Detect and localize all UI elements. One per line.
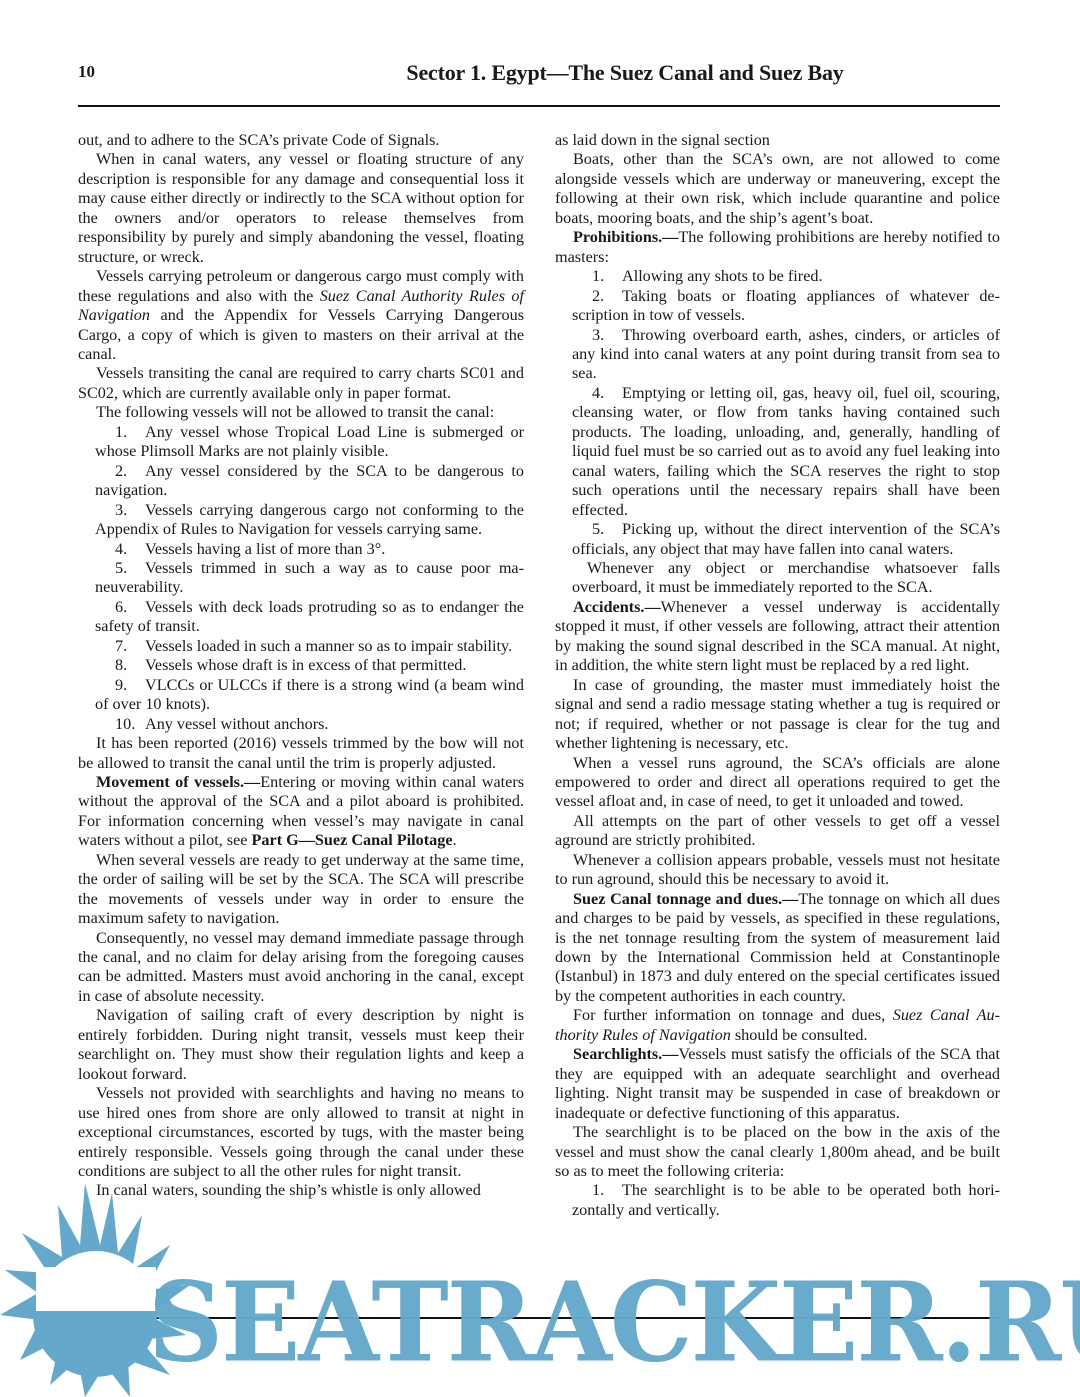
list-item: 4.Emptying or letting oil, gas, heavy oi…	[555, 384, 1000, 520]
list-item: 5.Vessels trimmed in such a way as to ca…	[78, 559, 524, 598]
paragraph: In case of grounding, the master must im…	[555, 676, 1000, 754]
section-heading: Searchlights.—	[573, 1045, 678, 1063]
section-heading: Accidents.—	[573, 598, 661, 616]
list-item: 7.Vessels loaded in such a manner so as …	[78, 637, 524, 656]
text-run: For further information on tonnage and d…	[573, 1006, 893, 1024]
text-run: should be consulted.	[731, 1026, 868, 1044]
list-item: 1.Allowing any shots to be fired.	[555, 267, 1000, 286]
cross-reference: Part G—Suez Ca­nal Pilotage	[252, 831, 453, 849]
section-heading: Prohibitions.—	[573, 228, 678, 246]
list-item: 2.Taking boats or floating appliances of…	[555, 287, 1000, 326]
paragraph: Consequently, no vessel may demand immed…	[78, 929, 524, 1007]
page-number: 10	[78, 62, 95, 82]
list-item: 1.Any vessel whose Tropical Load Line is…	[78, 423, 524, 462]
list-item: 3.Throwing overboard earth, ashes, cinde…	[555, 326, 1000, 384]
paragraph: out, and to adhere to the SCA’s private …	[78, 131, 524, 150]
paragraph-movement-of-vessels: Movement of vessels.—Entering or moving …	[78, 773, 524, 851]
watermark-text: SEATRACKER.RU	[148, 1268, 1080, 1377]
list-item: 9.VLCCs or ULCCs if there is a strong wi…	[78, 676, 524, 715]
paragraph: The searchlight is to be placed on the b…	[555, 1123, 1000, 1181]
running-title: Sector 1. Egypt—The Suez Canal and Suez …	[250, 60, 1000, 86]
right-column: as laid down in the signal section Boats…	[555, 131, 1000, 1220]
list-item: 3.Vessels carrying dangerous cargo not c…	[78, 501, 524, 540]
paragraph: as laid down in the signal section	[555, 131, 1000, 150]
section-heading: Suez Canal tonnage and dues.—	[573, 890, 798, 908]
list-item: 1.The searchlight is to be able to be op…	[555, 1181, 1000, 1220]
section-heading: Movement of vessels.—	[96, 773, 260, 791]
paragraph-searchlights: Searchlights.—Vessels must satisfy the o…	[555, 1045, 1000, 1123]
list-item: 4.Vessels having a list of more than 3°.	[78, 540, 524, 559]
paragraph: Vessels not provided with searchlights a…	[78, 1084, 524, 1181]
list-item: 5.Picking up, without the direct interve…	[555, 520, 1000, 559]
header-rule	[78, 105, 1000, 107]
list-followup: Whenever any object or merchandise whats…	[555, 559, 1000, 598]
list-item: 6.Vessels with deck loads protruding so …	[78, 598, 524, 637]
paragraph: For further information on tonnage and d…	[555, 1006, 1000, 1045]
paragraph: When in canal waters, any vessel or floa…	[78, 150, 524, 267]
paragraph: All attempts on the part of other vessel…	[555, 812, 1000, 851]
paragraph: When several vessels are ready to get un…	[78, 851, 524, 929]
paragraph: When a vessel runs aground, the SCA’s of…	[555, 754, 1000, 812]
paragraph: The following vessels will not be allowe…	[78, 403, 524, 422]
paragraph: Boats, other than the SCA’s own, are not…	[555, 150, 1000, 228]
paragraph: Navigation of sailing craft of every des…	[78, 1006, 524, 1084]
paragraph-accidents: Accidents.—Whenever a vessel underway is…	[555, 598, 1000, 676]
paragraph-tonnage-and-dues: Suez Canal tonnage and dues.—The tonnage…	[555, 890, 1000, 1007]
paragraph: Vessels transiting the canal are require…	[78, 364, 524, 403]
paragraph: It has been reported (2016) vessels trim…	[78, 734, 524, 773]
list-item: 8.Vessels whose draft is in excess of th…	[78, 656, 524, 675]
left-column: out, and to adhere to the SCA’s private …	[78, 131, 524, 1201]
list-item: 2.Any vessel considered by the SCA to be…	[78, 462, 524, 501]
text-run: .	[453, 831, 457, 849]
paragraph: Vessels carrying petroleum or dangerous …	[78, 267, 524, 364]
paragraph-prohibitions: Prohibitions.—The following prohibitions…	[555, 228, 1000, 267]
list-item: 10.Any vessel without anchors.	[78, 715, 524, 734]
paragraph: Whenever a collision appears probable, v…	[555, 851, 1000, 890]
